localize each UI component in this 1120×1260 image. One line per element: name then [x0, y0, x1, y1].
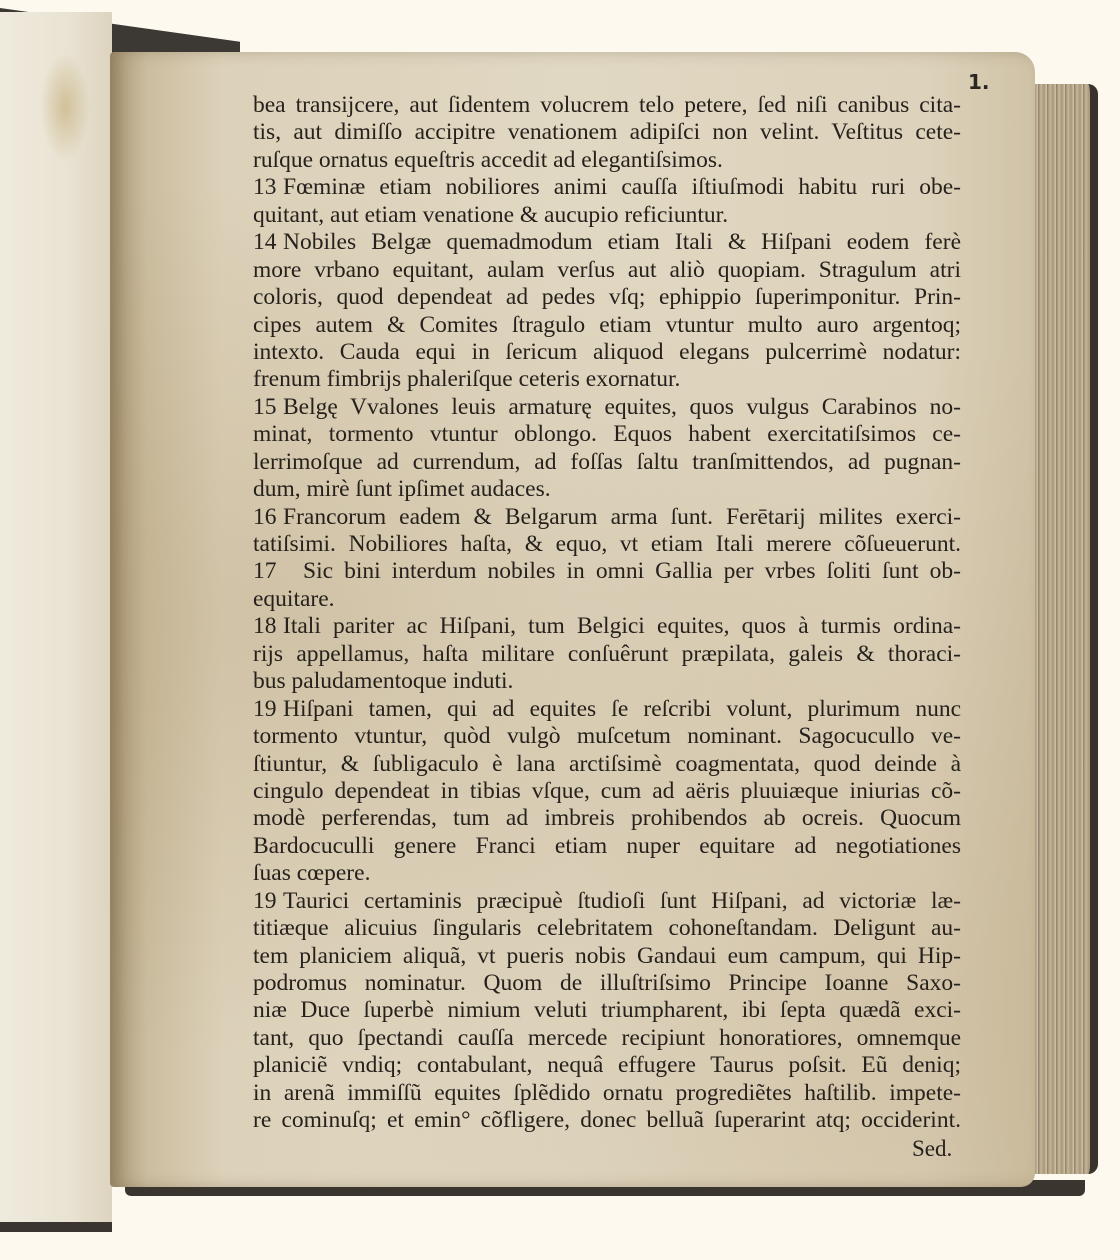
line-text: cingulo dependeat in tibias vſque, cum a…	[253, 778, 961, 805]
text-line: tem planiciem aliquã, vt pueris nobis Ga…	[253, 943, 961, 970]
text-line: cingulo dependeat in tibias vſque, cum a…	[253, 778, 961, 805]
text-line: more vrbano equitant, aulam verſus aut a…	[253, 257, 961, 284]
text-line: tormento vtuntur, quòd vulgò muſcetum no…	[253, 723, 961, 750]
paragraph-number: 15	[253, 394, 283, 421]
line-text: Belgę Vvalones leuis armaturę equites, q…	[283, 394, 961, 421]
line-text: ſtiuntur, & ſubligaculo è lana arctiſsim…	[253, 751, 961, 778]
line-text: Francorum eadem & Belgarum arma ſunt. Fe…	[283, 504, 961, 531]
line-text: tatiſsimi. Nobiliores haſta, & equo, vt …	[253, 531, 961, 558]
text-line: bus paludamentoque induti.	[253, 668, 961, 695]
line-text: bus paludamentoque induti.	[253, 668, 961, 695]
paragraph-number: 18	[253, 613, 283, 640]
line-text: minat, tormento vtuntur oblongo. Equos h…	[253, 421, 961, 448]
line-text: Fœminæ etiam nobiliores animi cauſſa iſt…	[283, 174, 961, 201]
line-text: ruſque ornatus equeſtris accedit ad eleg…	[253, 147, 961, 174]
line-text: podromus nominatur. Quom de illuſtriſsim…	[253, 970, 961, 997]
text-line: 17Sic bini interdum nobiles in omni Gall…	[253, 558, 961, 585]
line-text: re cominuſq; et emin° cõfligere, donec b…	[253, 1107, 961, 1134]
paragraph-number: 19	[253, 888, 283, 915]
text-line: ſtiuntur, & ſubligaculo è lana arctiſsim…	[253, 751, 961, 778]
text-line: tis, aut dimiſſo accipitre venationem ad…	[253, 119, 961, 146]
line-text: intexto. Cauda equi in ſericum aliquod e…	[253, 339, 961, 366]
paragraph-number: 13	[253, 174, 283, 201]
text-line: 13Fœminæ etiam nobiliores animi cauſſa i…	[253, 174, 961, 201]
line-text: Bardocuculli genere Franci etiam nuper e…	[253, 833, 961, 860]
text-line: in arenã immiſſũ equites ſplẽdido ornatu…	[253, 1080, 961, 1107]
line-text: planiciẽ vndiq; contabulant, nequâ effug…	[253, 1052, 961, 1079]
text-line: 14Nobiles Belgæ quemadmodum etiam Itali …	[253, 229, 961, 256]
text-line: ſuas cœpere.	[253, 860, 961, 887]
line-text: lerrimoſque ad currendum, ad foſſas ſalt…	[253, 449, 961, 476]
line-text: Sic bini interdum nobiles in omni Gallia…	[303, 558, 961, 585]
line-text: tant, quo ſpectandi cauſſa mercede recip…	[253, 1025, 961, 1052]
line-text: Hiſpani tamen, qui ad equites ſe reſcrib…	[283, 696, 961, 723]
line-text: titiæque alicuius ſingularis celebritate…	[253, 915, 961, 942]
line-text: quitant, aut etiam venatione & aucupio r…	[253, 202, 961, 229]
paragraph-number: 17	[253, 558, 303, 585]
line-text: bea transijcere, aut ſidentem volucrem t…	[253, 92, 961, 119]
line-text: frenum fimbrijs phaleriſque ceteris exor…	[253, 366, 961, 393]
text-line: dum, mirè ſunt ipſimet audaces.	[253, 476, 961, 503]
text-line: 16Francorum eadem & Belgarum arma ſunt. …	[253, 504, 961, 531]
line-text: in arenã immiſſũ equites ſplẽdido ornatu…	[253, 1080, 961, 1107]
text-line: planiciẽ vndiq; contabulant, nequâ effug…	[253, 1052, 961, 1079]
line-text: modè perferendas, tum ad imbreis prohibe…	[253, 805, 961, 832]
text-line: tatiſsimi. Nobiliores haſta, & equo, vt …	[253, 531, 961, 558]
paragraph-number: 16	[253, 504, 283, 531]
text-line: 15Belgę Vvalones leuis armaturę equites,…	[253, 394, 961, 421]
line-text: Nobiles Belgæ quemadmodum etiam Itali & …	[283, 229, 961, 256]
text-line: cipes autem & Comites ſtragulo etiam vtu…	[253, 312, 961, 339]
paragraph-number: 14	[253, 229, 283, 256]
text-line: coloris, quod dependeat ad pedes vſq; ep…	[253, 284, 961, 311]
line-text: tem planiciem aliquã, vt pueris nobis Ga…	[253, 943, 961, 970]
text-line: lerrimoſque ad currendum, ad foſſas ſalt…	[253, 449, 961, 476]
line-text: coloris, quod dependeat ad pedes vſq; ep…	[253, 284, 961, 311]
text-line: minat, tormento vtuntur oblongo. Equos h…	[253, 421, 961, 448]
text-line: intexto. Cauda equi in ſericum aliquod e…	[253, 339, 961, 366]
text-line: bea transijcere, aut ſidentem volucrem t…	[253, 92, 961, 119]
line-text: ſuas cœpere.	[253, 860, 961, 887]
text-line: Bardocuculli genere Franci etiam nuper e…	[253, 833, 961, 860]
line-text: cipes autem & Comites ſtragulo etiam vtu…	[253, 312, 961, 339]
page-text-block: bea transijcere, aut ſidentem volucrem t…	[253, 92, 961, 1135]
text-line: quitant, aut etiam venatione & aucupio r…	[253, 202, 961, 229]
line-text: equitare.	[253, 586, 961, 613]
line-text: dum, mirè ſunt ipſimet audaces.	[253, 476, 961, 503]
text-line: modè perferendas, tum ad imbreis prohibe…	[253, 805, 961, 832]
text-line: titiæque alicuius ſingularis celebritate…	[253, 915, 961, 942]
text-line: tant, quo ſpectandi cauſſa mercede recip…	[253, 1025, 961, 1052]
text-line: rijs appellamus, haſta militare conſuêru…	[253, 641, 961, 668]
line-text: more vrbano equitant, aulam verſus aut a…	[253, 257, 961, 284]
text-line: podromus nominatur. Quom de illuſtriſsim…	[253, 970, 961, 997]
text-line: re cominuſq; et emin° cõfligere, donec b…	[253, 1107, 961, 1134]
paragraph-number: 19	[253, 696, 283, 723]
text-line: niæ Duce ſuperbè nimium veluti triumphar…	[253, 997, 961, 1024]
line-text: Taurici certaminis præcipuè ſtudioſi ſun…	[283, 888, 961, 915]
line-text: rijs appellamus, haſta militare conſuêru…	[253, 641, 961, 668]
text-line: equitare.	[253, 586, 961, 613]
text-line: 18Itali pariter ac Hiſpani, tum Belgici …	[253, 613, 961, 640]
line-text: Itali pariter ac Hiſpani, tum Belgici eq…	[283, 613, 961, 640]
text-line: ruſque ornatus equeſtris accedit ad eleg…	[253, 147, 961, 174]
line-text: tis, aut dimiſſo accipitre venationem ad…	[253, 119, 961, 146]
line-text: tormento vtuntur, quòd vulgò muſcetum no…	[253, 723, 961, 750]
folio-number: 1.	[968, 70, 990, 94]
text-line: 19Taurici certaminis præcipuè ſtudioſi ſ…	[253, 888, 961, 915]
left-flyleaf	[0, 12, 112, 1232]
catchword: Sed.	[912, 1136, 952, 1162]
text-line: frenum fimbrijs phaleriſque ceteris exor…	[253, 366, 961, 393]
line-text: niæ Duce ſuperbè nimium veluti triumphar…	[253, 997, 961, 1024]
text-line: 19Hiſpani tamen, qui ad equites ſe reſcr…	[253, 696, 961, 723]
